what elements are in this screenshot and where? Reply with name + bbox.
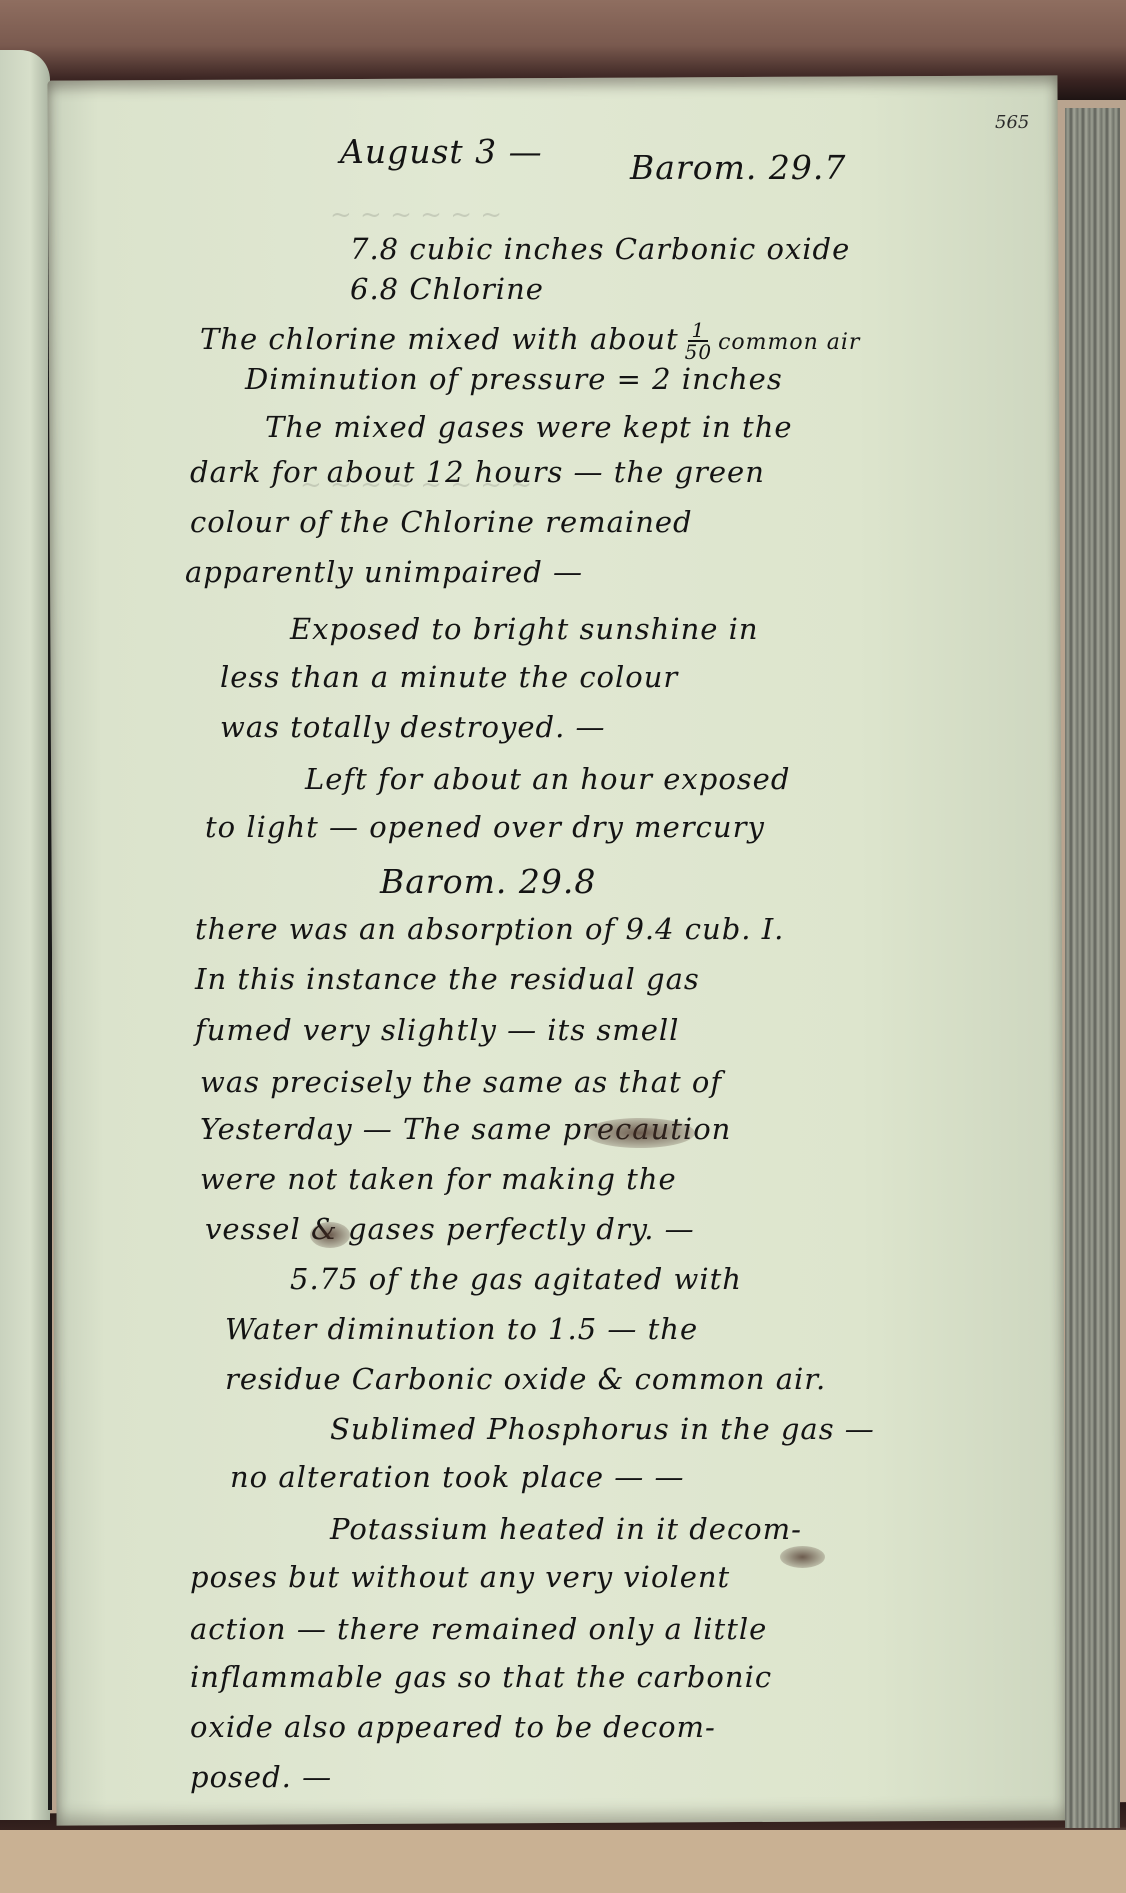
handwritten-line: residue Carbonic oxide & common air.	[225, 1362, 826, 1396]
line-text: 6.8 Chlorine	[350, 272, 544, 306]
handwritten-line: The mixed gases were kept in the	[265, 410, 793, 444]
handwritten-line: was precisely the same as that of	[200, 1065, 722, 1099]
handwritten-line: action — there remained only a little	[190, 1612, 767, 1646]
table-surface	[0, 1830, 1126, 1893]
line-text: Left for about an hour exposed	[305, 762, 790, 796]
line-text: was totally destroyed. —	[220, 710, 606, 744]
handwritten-line: colour of the Chlorine remained	[190, 505, 693, 539]
handwritten-line: In this instance the residual gas	[195, 962, 700, 996]
line-text: residue Carbonic oxide & common air.	[225, 1362, 826, 1396]
barometer-reading: Barom. 29.7	[630, 148, 846, 187]
line-text: inflammable gas so that the carbonic	[190, 1660, 772, 1694]
handwritten-line: oxide also appeared to be decom-	[190, 1710, 716, 1744]
line-text: apparently unimpaired —	[185, 555, 583, 589]
line-text: vessel & gases perfectly dry. —	[205, 1212, 695, 1246]
handwritten-line: posed. —	[190, 1760, 332, 1794]
line-text: colour of the Chlorine remained	[190, 505, 693, 539]
line-text: Sublimed Phosphorus in the gas —	[330, 1412, 875, 1446]
line-text: dark for about 12 hours — the green	[190, 455, 765, 489]
handwritten-line: 5.75 of the gas agitated with	[290, 1262, 742, 1296]
line-text: was precisely the same as that of	[200, 1065, 722, 1099]
line-text: 5.75 of the gas agitated with	[290, 1262, 742, 1296]
show-through-text: ~ ~ ~ ~ ~ ~	[330, 200, 502, 230]
handwritten-line: vessel & gases perfectly dry. —	[205, 1212, 695, 1246]
line-text: to light — opened over dry mercury	[205, 810, 765, 844]
line-text: common air	[718, 330, 860, 355]
line-text: less than a minute the colour	[220, 660, 678, 694]
line-text: posed. —	[190, 1760, 332, 1794]
line-text: oxide also appeared to be decom-	[190, 1710, 716, 1744]
handwritten-line: Potassium heated in it decom-	[330, 1512, 802, 1546]
ink-smudge	[310, 1222, 350, 1248]
handwritten-line: to light — opened over dry mercury	[205, 810, 765, 844]
handwritten-line: fumed very slightly — its smell	[195, 1013, 679, 1047]
line-text: no alteration took place — —	[230, 1460, 685, 1494]
line-text: In this instance the residual gas	[195, 962, 700, 996]
handwritten-line: Left for about an hour exposed	[305, 762, 790, 796]
handwritten-line: Exposed to bright sunshine in	[290, 612, 759, 646]
line-text: Diminution of pressure = 2 inches	[245, 362, 783, 396]
line-text: Exposed to bright sunshine in	[290, 612, 759, 646]
line-text: action — there remained only a little	[190, 1612, 767, 1646]
line-text: fumed very slightly — its smell	[195, 1013, 679, 1047]
handwritten-line: was totally destroyed. —	[220, 710, 606, 744]
entry-date: August 3 —	[340, 132, 543, 171]
handwritten-line: there was an absorption of 9.4 cub. I.	[195, 912, 784, 946]
handwritten-line: no alteration took place — —	[230, 1460, 685, 1494]
fraction: 150	[685, 320, 712, 362]
handwritten-line: dark for about 12 hours — the green	[190, 455, 765, 489]
line-text: 7.8 cubic inches Carbonic oxide	[350, 232, 850, 266]
page-block-edges	[1065, 108, 1120, 1828]
facing-page-edge	[0, 50, 50, 1820]
line-text: The chlorine mixed with about	[200, 322, 679, 356]
handwritten-line: The chlorine mixed with about150common a…	[200, 320, 860, 362]
handwritten-line: Sublimed Phosphorus in the gas —	[330, 1412, 875, 1446]
handwritten-line: inflammable gas so that the carbonic	[190, 1660, 772, 1694]
handwritten-line: 7.8 cubic inches Carbonic oxide	[350, 232, 850, 266]
line-text: were not taken for making the	[200, 1162, 677, 1196]
fraction-numerator: 1	[688, 320, 708, 342]
page-number: 565	[995, 112, 1029, 133]
ink-smudge	[780, 1546, 825, 1568]
handwritten-line: poses but without any very violent	[190, 1560, 730, 1594]
handwritten-line: apparently unimpaired —	[185, 555, 583, 589]
line-text: Barom. 29.8	[380, 862, 596, 901]
line-text: poses but without any very violent	[190, 1560, 730, 1594]
line-text: there was an absorption of 9.4 cub. I.	[195, 912, 784, 946]
line-text: Potassium heated in it decom-	[330, 1512, 802, 1546]
handwritten-line: less than a minute the colour	[220, 660, 678, 694]
handwritten-line: were not taken for making the	[200, 1162, 677, 1196]
handwritten-line: Diminution of pressure = 2 inches	[245, 362, 783, 396]
barometer-reading: Barom. 29.8	[380, 862, 596, 901]
line-text: Water diminution to 1.5 — the	[225, 1312, 698, 1346]
line-text: The mixed gases were kept in the	[265, 410, 793, 444]
fraction-denominator: 50	[685, 342, 712, 362]
handwritten-line: 6.8 Chlorine	[350, 272, 544, 306]
ink-smudge	[585, 1118, 695, 1148]
handwritten-line: Water diminution to 1.5 — the	[225, 1312, 698, 1346]
